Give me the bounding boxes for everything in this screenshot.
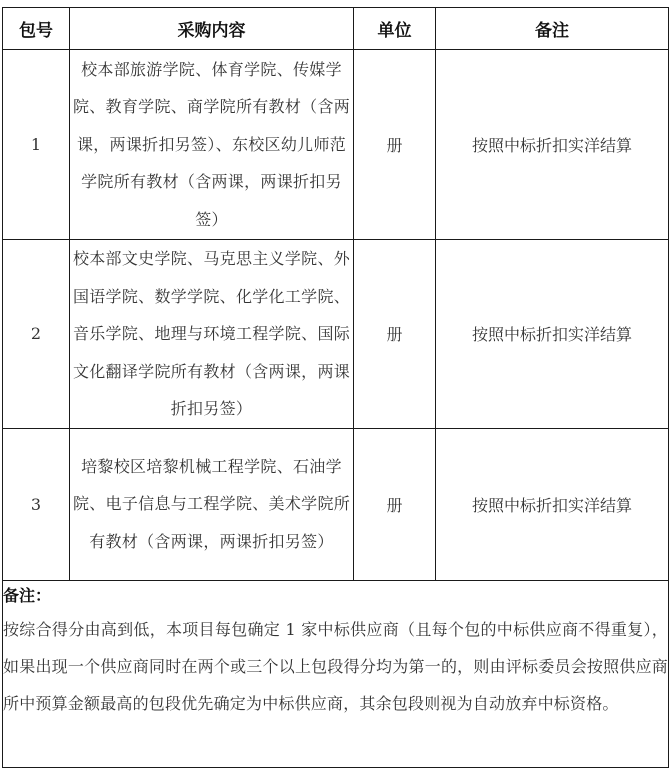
header-package-number: 包号: [3, 8, 70, 50]
notes-cell: 备注： 按综合得分由高到低，本项目每包确定 1 家中标供应商（且每个包的中标供应…: [3, 580, 669, 767]
notes-row: 备注： 按综合得分由高到低，本项目每包确定 1 家中标供应商（且每个包的中标供应…: [3, 580, 669, 767]
content-cell: 校本部旅游学院、体育学院、传媒学院、教育学院、商学院所有教材（含两课，两课折扣另…: [70, 50, 354, 240]
table-row: 3 培黎校区培黎机械工程学院、石油学院、电子信息与工程学院、美术学院所有教材（含…: [3, 428, 669, 580]
notes-title: 备注：: [3, 581, 668, 611]
remark-cell: 按照中标折扣实洋结算: [436, 50, 669, 240]
package-number-cell: 2: [3, 240, 70, 429]
unit-cell: 册: [354, 428, 436, 580]
package-number-cell: 1: [3, 50, 70, 240]
header-remark: 备注: [436, 8, 669, 50]
notes-body: 按综合得分由高到低，本项目每包确定 1 家中标供应商（且每个包的中标供应商不得重…: [3, 611, 668, 722]
table-header-row: 包号 采购内容 单位 备注: [3, 8, 669, 50]
remark-cell: 按照中标折扣实洋结算: [436, 240, 669, 429]
content-cell: 校本部文史学院、马克思主义学院、外国语学院、数学学院、化学化工学院、音乐学院、地…: [70, 240, 354, 429]
package-number-cell: 3: [3, 428, 70, 580]
header-unit: 单位: [354, 8, 436, 50]
header-procurement-content: 采购内容: [70, 8, 354, 50]
table-row: 2 校本部文史学院、马克思主义学院、外国语学院、数学学院、化学化工学院、音乐学院…: [3, 240, 669, 429]
remark-cell: 按照中标折扣实洋结算: [436, 428, 669, 580]
unit-cell: 册: [354, 240, 436, 429]
content-cell: 培黎校区培黎机械工程学院、石油学院、电子信息与工程学院、美术学院所有教材（含两课…: [70, 428, 354, 580]
procurement-table: 包号 采购内容 单位 备注 1 校本部旅游学院、体育学院、传媒学院、教育学院、商…: [2, 7, 669, 768]
table-row: 1 校本部旅游学院、体育学院、传媒学院、教育学院、商学院所有教材（含两课，两课折…: [3, 50, 669, 240]
unit-cell: 册: [354, 50, 436, 240]
